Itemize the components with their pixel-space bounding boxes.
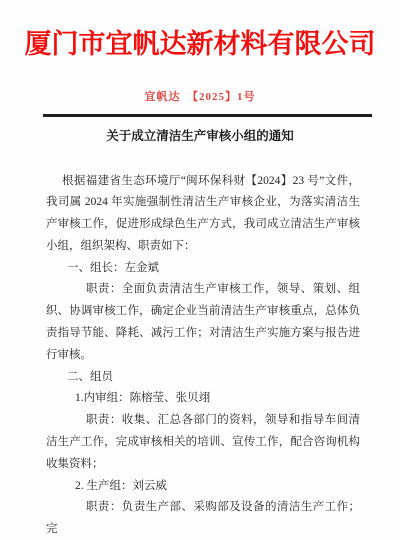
paragraph-internal-audit-duty: 职责：收集、汇总各部门的资料，领导和指导车间清洁生产工作，完成审核相关的培训、宣… [46, 410, 360, 475]
paragraph-production-duty: 职责：负责生产部、采购部及设备的清洁生产工作；完 [46, 497, 360, 540]
document-page: 厦门市宜帆达新材料有限公司 宜帆达 【2025】1号 关于成立清洁生产审核小组的… [0, 0, 400, 540]
header-divider [43, 114, 372, 117]
paragraph-leader-duty: 职责：全面负责清洁生产审核工作，领导、策划、组织、协调审核工作，确定企业当前清洁… [46, 279, 360, 366]
paragraph-leader-heading: 一、组长：左金斌 [46, 258, 360, 280]
paragraph-internal-audit-group: 1.内审组：陈榕莹、张贝翊 [46, 388, 360, 410]
notice-title: 关于成立清洁生产审核小组的通知 [20, 127, 380, 145]
company-name: 厦门市宜帆达新材料有限公司 [10, 24, 390, 64]
paragraph-intro: 根据福建省生态环境厅“闽环保科财【2024】23 号”文件，我司属 2024 年… [46, 171, 360, 258]
document-number: 宜帆达 【2025】1号 [0, 90, 400, 104]
document-body: 根据福建省生态环境厅“闽环保科财【2024】23 号”文件，我司属 2024 年… [0, 171, 400, 540]
paragraph-members-heading: 二、组员 [46, 367, 360, 389]
paragraph-production-group: 2. 生产组：刘云威 [46, 476, 360, 498]
